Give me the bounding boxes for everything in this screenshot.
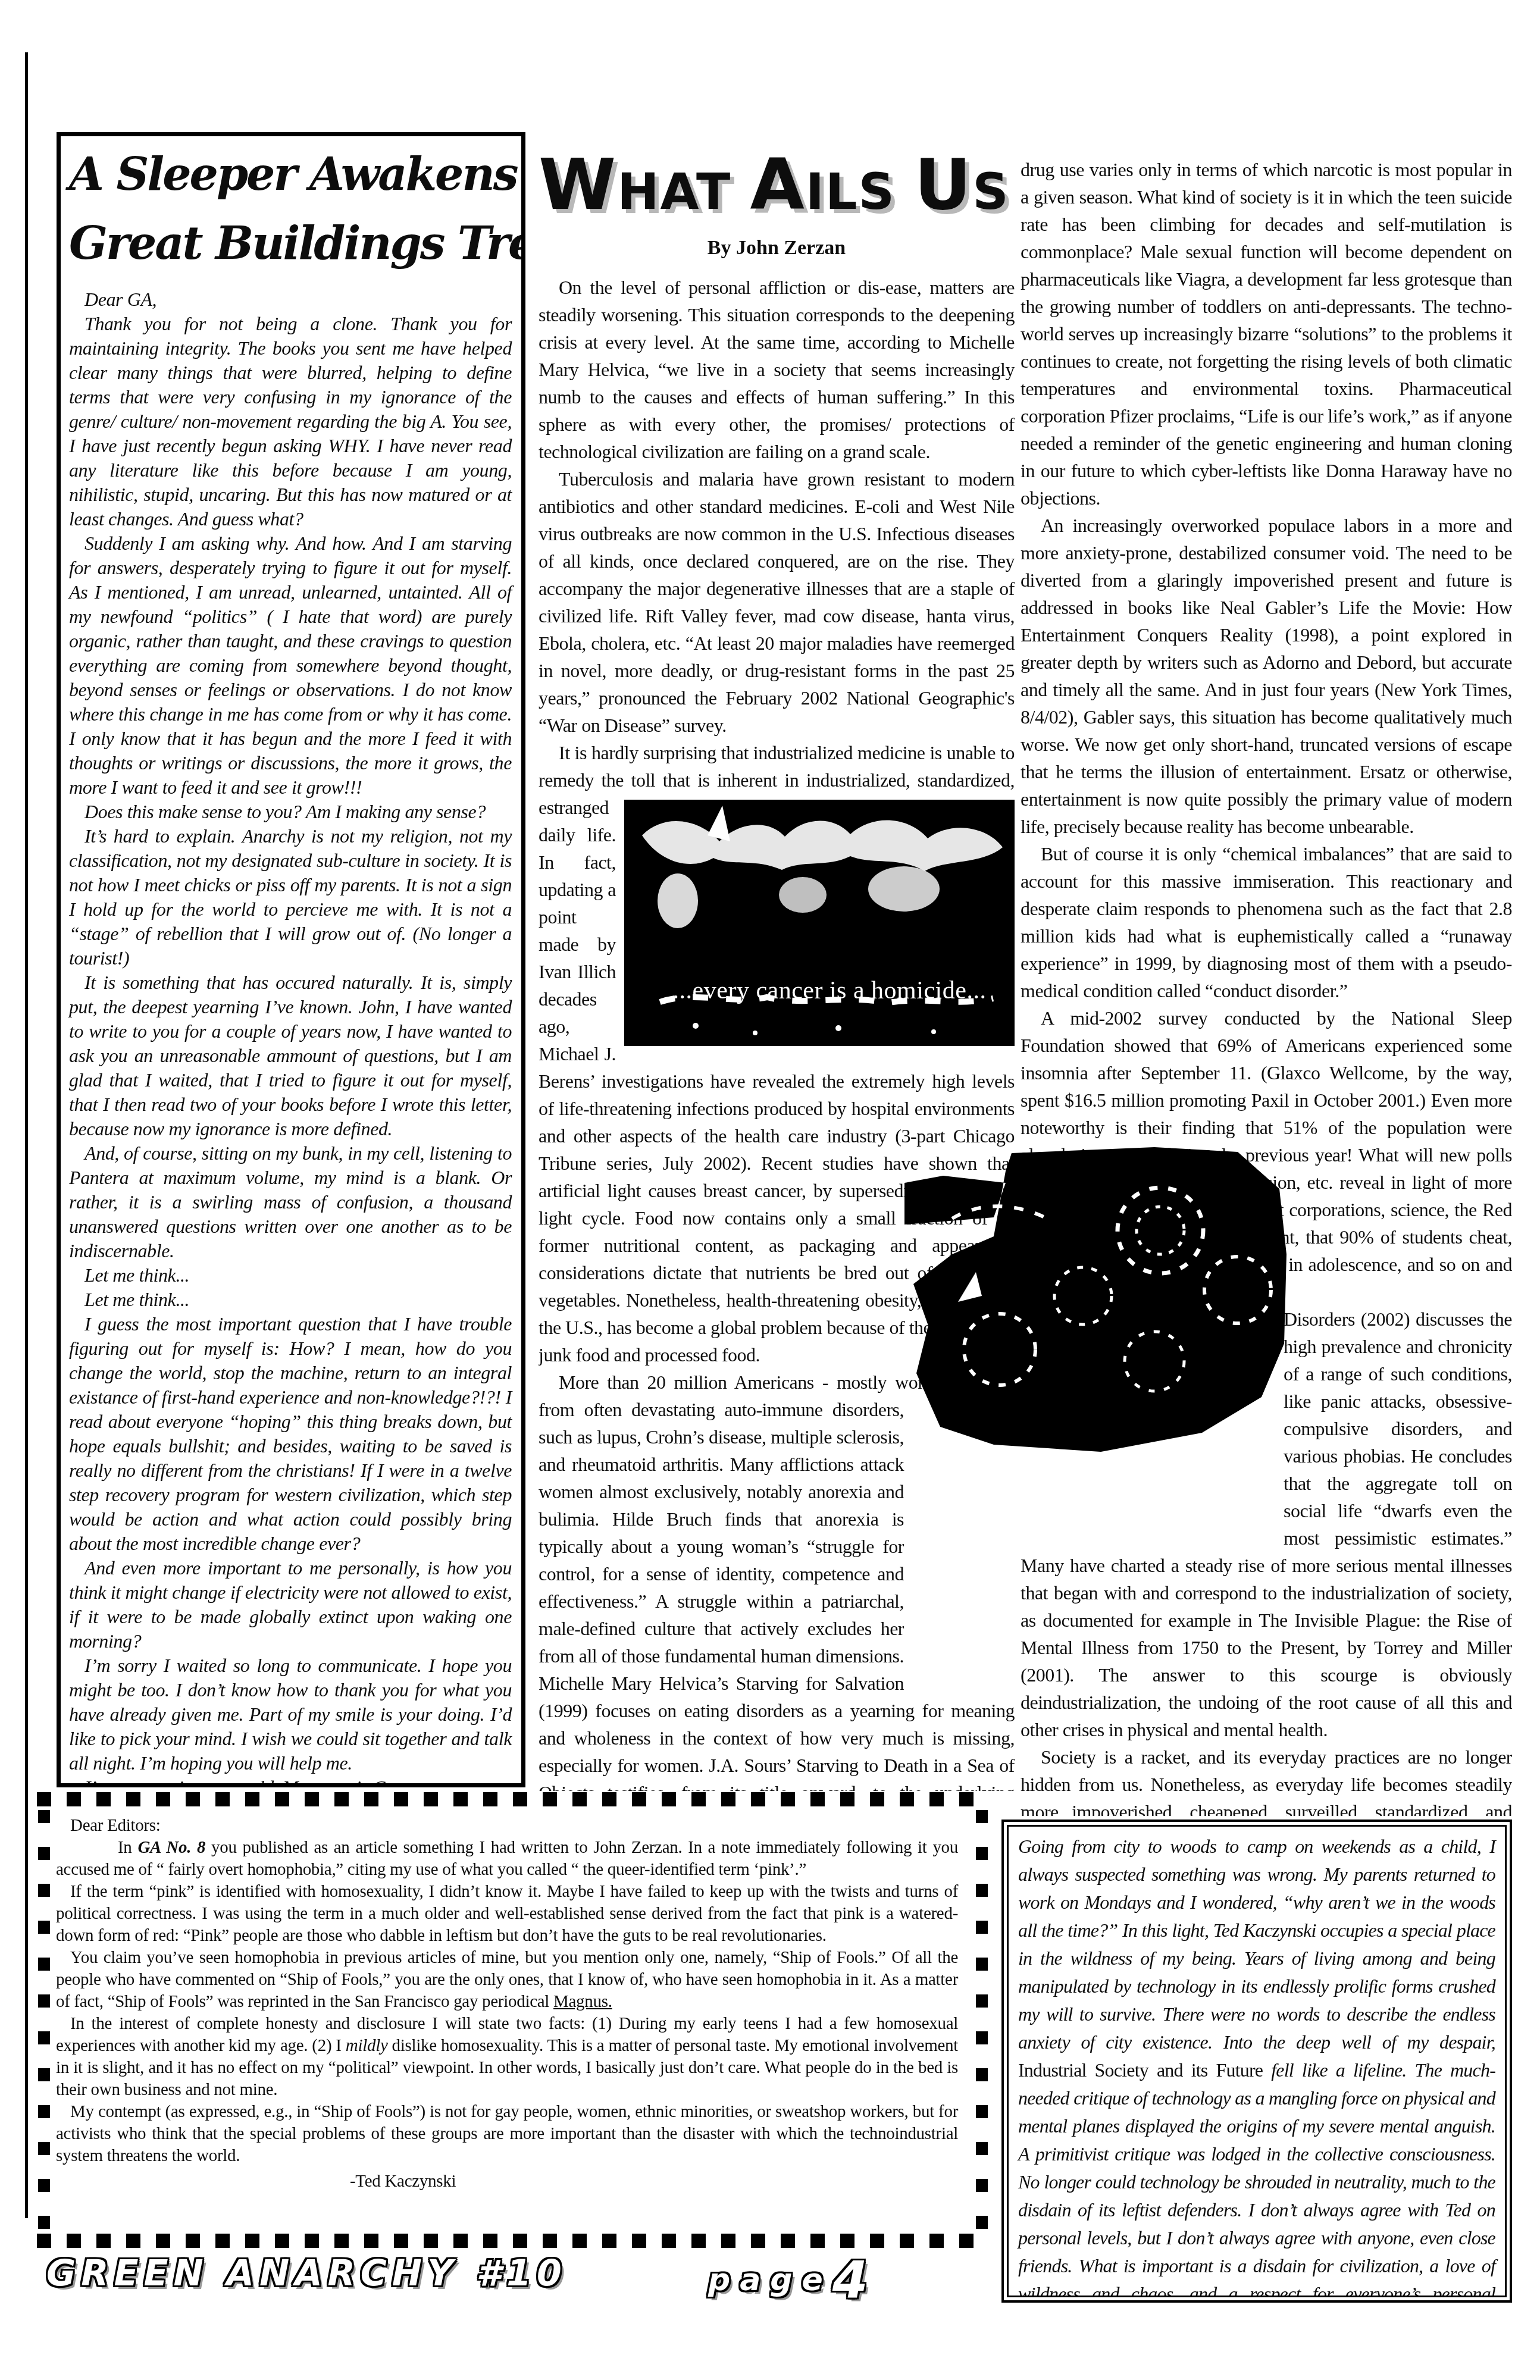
letter-paragraph: I’m sorry I waited so long to communicat… (69, 1654, 512, 1775)
zine-page: A Sleeper Awakens And The Great Building… (0, 0, 1540, 2380)
skull-artwork-image (904, 1147, 1287, 1452)
article-paragraph: drug use varies only in terms of which n… (1021, 156, 1512, 512)
ted-letter-salutation: Dear Editors: (56, 1815, 958, 1837)
letter-paragraph: And even more important to me personally… (69, 1556, 512, 1654)
article-paragraph: An increasingly overworked populace labo… (1021, 512, 1512, 840)
ted-letter-paragraph: In the interest of complete honesty and … (56, 2013, 958, 2101)
article-paragraph: But of course it is only “chemical imbal… (1021, 840, 1512, 1004)
footer-page-word: page (708, 2262, 832, 2298)
protest-artwork-image: ...every cancer is a homicide... (624, 800, 1015, 1046)
letter-title: A Sleeper Awakens And The Great Building… (69, 140, 512, 278)
ted-letter-body: Dear Editors: In GA No. 8 you published … (56, 1815, 958, 2193)
letter-paragraph: It’s hard to explain. Anarchy is not my … (69, 824, 512, 970)
dashed-border-top (37, 1792, 989, 1806)
footer-page-number: 4 (832, 2250, 868, 2310)
dashed-border-bottom (37, 2234, 989, 2248)
ted-letter-paragraph: My contempt (as expressed, e.g., in “Shi… (56, 2101, 958, 2167)
pullquote-box: Going from city to woods to camp on week… (1001, 1820, 1512, 2303)
article-paragraph: Society is a racket, and its everyday pr… (1021, 1743, 1512, 1816)
article-column-2: drug use varies only in terms of which n… (1021, 156, 1512, 1816)
article-column-1: What Ails Us By John Zerzan On the level… (539, 143, 1015, 1791)
letter-paragraph: It is something that has occured natural… (69, 970, 512, 1141)
article-byline: By John Zerzan (539, 237, 1015, 259)
letter-paragraph: Thank you for not being a clone. Thank y… (69, 312, 512, 531)
article-title: What Ails Us (539, 143, 1015, 233)
letter-paragraph: I’m twenty-nine years old. My name is Ca… (69, 1775, 512, 1787)
ted-letter-paragraph: You claim you’ve seen homophobia in prev… (56, 1947, 958, 2013)
article-paragraph: On the level of personal affliction or d… (539, 274, 1015, 465)
letter-paragraph: Let me think... (69, 1288, 512, 1312)
artwork-caption: ...every cancer is a homicide... (624, 977, 1015, 1004)
letter-salutation: Dear GA, (69, 287, 512, 312)
dashed-border-left (38, 1810, 50, 2230)
article-paragraph: Tuberculosis and malaria have grown resi… (539, 465, 1015, 739)
letter-body: Dear GA, Thank you for not being a clone… (69, 287, 512, 1787)
ted-letter-paragraph: If the term “pink” is identified with ho… (56, 1881, 958, 1947)
letter-paragraph: Let me think... (69, 1263, 512, 1288)
letter-paragraph: And, of course, sitting on my bunk, in m… (69, 1141, 512, 1263)
book-title-reference: Industrial Society and its Future (1018, 2059, 1263, 2081)
magnus-periodical-reference: Magnus. (553, 1992, 612, 2011)
letter-paragraph: Does this make sense to you? Am I making… (69, 800, 512, 824)
ga-issue-reference: GA No. 8 (137, 1838, 205, 1857)
reader-letter-box: A Sleeper Awakens And The Great Building… (57, 132, 525, 1787)
letter-paragraph: I guess the most important question that… (69, 1312, 512, 1556)
ted-letter-signature: -Ted Kaczynski (336, 2171, 958, 2193)
scan-edge-artifact (25, 52, 28, 2218)
ted-letter-paragraph: In GA No. 8 you published as an article … (56, 1837, 958, 1881)
footer-page-indicator: page4 (708, 2250, 868, 2310)
pullquote-text: Going from city to woods to camp on week… (1007, 1825, 1507, 2297)
ted-kaczynski-letter-box: Dear Editors: In GA No. 8 you published … (37, 1792, 989, 2249)
footer-zine-title: GREEN ANARCHY #10 (46, 2253, 567, 2294)
letter-paragraph: Suddenly I am asking why. And how. And I… (69, 531, 512, 800)
dashed-border-right (976, 1810, 988, 2230)
